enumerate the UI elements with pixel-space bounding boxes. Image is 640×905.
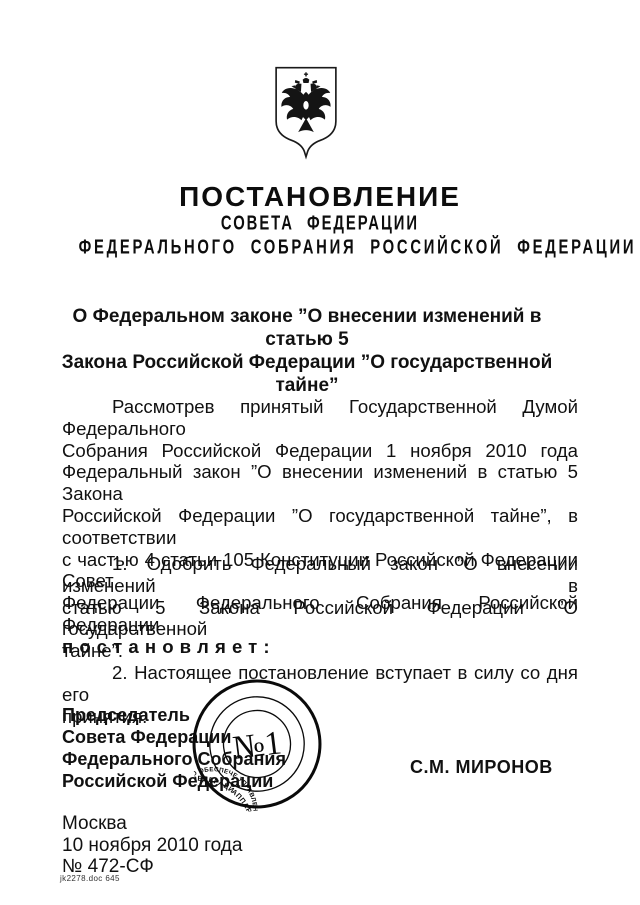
subtitle1-text: СОВЕТА ФЕДЕРАЦИИ bbox=[221, 212, 419, 236]
subtitle2-text: ФЕДЕРАЛЬНОГО СОБРАНИЯ РОССИЙСКОЙ ФЕДЕРАЦ… bbox=[79, 236, 637, 260]
subject-line-1: О Федеральном законе ”О внесении изменен… bbox=[42, 305, 572, 351]
document-subtitle-2: ФЕДЕРАЛЬНОГО СОБРАНИЯ РОССИЙСКОЙ ФЕДЕРАЦ… bbox=[0, 236, 640, 258]
paragraph-line: Российской Федерации ”О государственной … bbox=[62, 505, 578, 549]
item-1-line: 1. Одобрить Федеральный закон ”О внесени… bbox=[62, 553, 578, 597]
resolution-items: 1. Одобрить Федеральный закон ”О внесени… bbox=[62, 553, 578, 727]
issue-date: 10 ноября 2010 года bbox=[62, 835, 242, 857]
item-2-line: 2. Настоящее постановление вступает в си… bbox=[62, 662, 578, 706]
item-1-line: тайне”. bbox=[62, 640, 578, 662]
stamp-number: №1 bbox=[231, 724, 284, 767]
paragraph-line: Федеральный закон ”О внесении изменений … bbox=[62, 461, 578, 505]
subject-heading: О Федеральном законе ”О внесении изменен… bbox=[42, 305, 572, 397]
issue-city: Москва bbox=[62, 813, 242, 835]
document-reference-code: jk2278.doc 645 bbox=[60, 874, 120, 883]
coat-of-arms-icon bbox=[272, 64, 340, 160]
signer-name: С.М. МИРОНОВ bbox=[410, 757, 553, 778]
official-stamp: АППАРАТ СОВЕТА ФЕДЕРАЦИИ ФЕДЕРАЛЬНОГО СО… bbox=[183, 670, 330, 817]
document-page: ПОСТАНОВЛЕНИЕ СОВЕТА ФЕДЕРАЦИИ ФЕДЕРАЛЬН… bbox=[0, 0, 640, 905]
subject-line-2: Закона Российской Федерации ”О государст… bbox=[42, 351, 572, 397]
document-subtitle-1: СОВЕТА ФЕДЕРАЦИИ bbox=[0, 212, 640, 234]
paragraph-line: Собрания Российской Федерации 1 ноября 2… bbox=[62, 440, 578, 462]
paragraph-line: Рассмотрев принятый Государственной Думо… bbox=[62, 396, 578, 440]
issue-details: Москва 10 ноября 2010 года № 472-СФ bbox=[62, 813, 242, 878]
document-title: ПОСТАНОВЛЕНИЕ bbox=[0, 181, 640, 213]
item-1-line: статью 5 Закона Российской Федерации ”О … bbox=[62, 597, 578, 641]
